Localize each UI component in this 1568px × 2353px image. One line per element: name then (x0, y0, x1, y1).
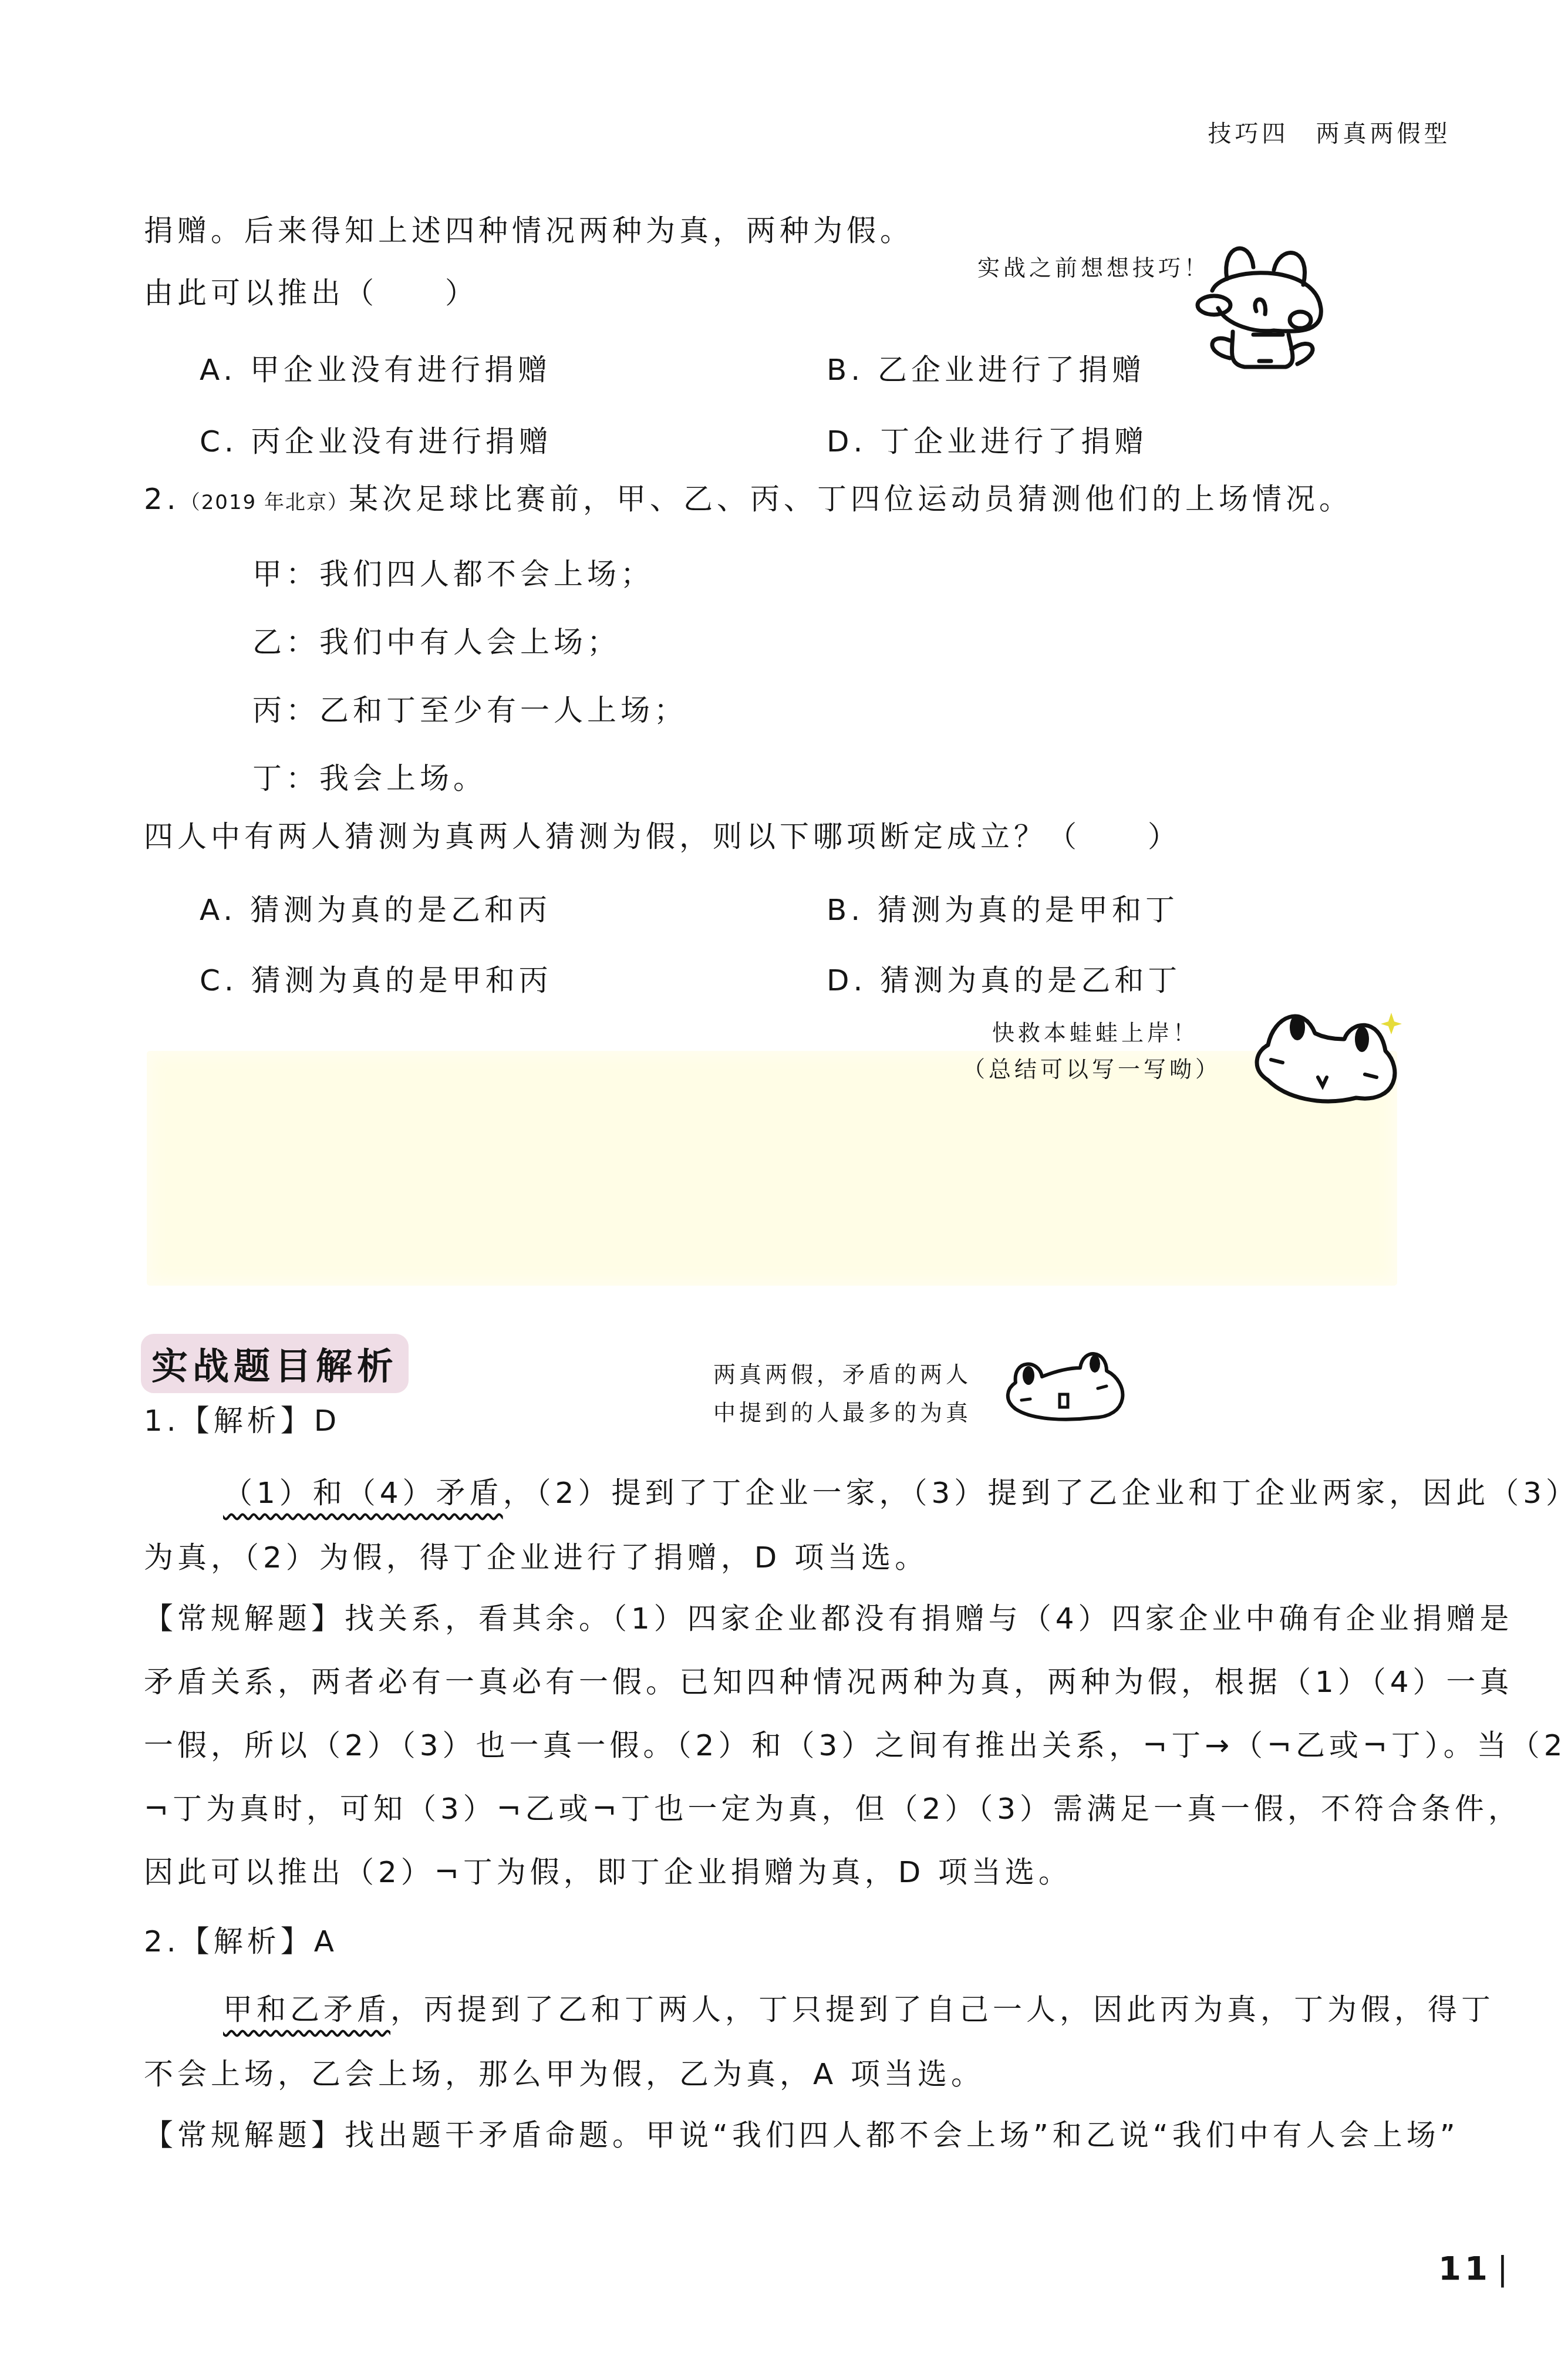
tip-line-1: 两真两假，矛盾的两人 (713, 1356, 972, 1388)
answer-2-para: 甲和乙矛盾，丙提到了乙和丁两人，丁只提到了自己一人，因此丙为真，丁为假，得丁 (223, 1995, 1495, 2024)
page-number-text: 11 (1438, 2250, 1491, 2288)
statement-text: 我会上场。 (319, 761, 487, 795)
regular-solution-1-line: 【常规解题】找关系，看其余。（1）四家企业都没有捐赠与（4）四家企业中确有企业捐… (144, 1604, 1513, 1633)
chapter-label: 技巧四 (1208, 120, 1289, 147)
answer-1-text: ，（2）提到了丁企业一家，（3）提到了乙企业和丁企业两家，因此（3） (503, 1476, 1568, 1510)
key-point-underline: （1）和（4）矛盾 (223, 1476, 503, 1510)
q2-stem-text: 某次足球比赛前，甲、乙、丙、丁四位运动员猜测他们的上场情况。 (349, 482, 1353, 516)
chapter-title: 两真两假型 (1316, 120, 1451, 147)
frog-face-icon (1004, 1347, 1133, 1424)
bunny-mascot-icon (1186, 232, 1338, 367)
section-title: 实战题目解析 (141, 1334, 409, 1393)
mascot-caption: 实战之前想想技巧！ (977, 250, 1210, 282)
summary-note-area[interactable] (147, 1051, 1397, 1286)
answer-1-para: （1）和（4）矛盾，（2）提到了丁企业一家，（3）提到了乙企业和丁企业两家，因此… (223, 1478, 1568, 1508)
regular-solution-1-line: ¬丁为真时，可知（3）¬乙或¬丁也一定为真，但（2）（3）需满足一真一假，不符合… (144, 1794, 1522, 1823)
tip-line-2: 中提到的人最多的为真 (713, 1394, 972, 1427)
frog-mascot-icon (1250, 1004, 1403, 1104)
speaker-label: 乙： (252, 625, 319, 659)
q2-option-d[interactable]: D. 猜测为真的是乙和丁 (827, 957, 1181, 999)
regular-solution-2-line: 【常规解题】找出题干矛盾命题。甲说“我们四人都不会上场”和乙说“我们中有人会上场… (144, 2121, 1459, 2150)
statement-bing: 丙：乙和丁至少有一人上场； (252, 687, 687, 729)
summary-caption-2: （总结可以写一写呦） (963, 1051, 1221, 1083)
answer-2-heading: 2.【解析】A (144, 1927, 338, 1956)
q2-source: （2019 年北京） (180, 491, 349, 514)
speaker-label: 丁： (252, 761, 319, 795)
regular-solution-1-line: 因此可以推出（2）¬丁为假，即丁企业捐赠为真，D 项当选。 (144, 1858, 1072, 1887)
statement-text: 乙和丁至少有一人上场； (319, 693, 687, 727)
q2-option-b[interactable]: B. 猜测为真的是甲和丁 (827, 886, 1179, 929)
answer-1-line2: 为真，（2）为假，得丁企业进行了捐赠，D 项当选。 (144, 1543, 928, 1572)
statement-yi: 乙：我们中有人会上场； (252, 619, 621, 661)
running-header: 技巧四 两真两假型 (1186, 88, 1451, 149)
statement-jia: 甲：我们四人都不会上场； (252, 551, 654, 593)
statement-text: 我们四人都不会上场； (319, 557, 654, 591)
answer-1-heading: 1.【解析】D (144, 1406, 340, 1435)
answer-2-text: ，丙提到了乙和丁两人，丁只提到了自己一人，因此丙为真，丁为假，得丁 (390, 1993, 1495, 2027)
key-point-underline: 甲和乙矛盾 (223, 1993, 390, 2027)
statement-text: 我们中有人会上场； (319, 625, 621, 659)
regular-solution-1-line: 矛盾关系，两者必有一真必有一假。已知四种情况两种为真，两种为假，根据（1）（4）… (144, 1667, 1513, 1697)
answer-2-line2: 不会上场，乙会上场，那么甲为假，乙为真，A 项当选。 (144, 2059, 984, 2089)
statement-ding: 丁：我会上场。 (252, 755, 487, 797)
q2-option-a[interactable]: A. 猜测为真的是乙和丙 (200, 886, 551, 929)
q2-question: 四人中有两人猜测为真两人猜测为假，则以下哪项断定成立？（ ） (144, 822, 1181, 851)
q1-line: 捐赠。后来得知上述四种情况两种为真，两种为假。 (144, 216, 913, 245)
q2-number: 2. (144, 482, 180, 516)
q1-option-c[interactable]: C. 丙企业没有进行捐赠 (200, 418, 552, 460)
speaker-label: 甲： (252, 557, 319, 591)
q1-prompt: 由此可以推出（ ） (144, 278, 478, 308)
q1-option-d[interactable]: D. 丁企业进行了捐赠 (827, 418, 1148, 460)
q2-option-c[interactable]: C. 猜测为真的是甲和丙 (200, 957, 552, 999)
q1-option-b[interactable]: B. 乙企业进行了捐赠 (827, 346, 1145, 389)
summary-caption-1: 快救本蛙蛙上岸！ (992, 1014, 1199, 1047)
q1-option-a[interactable]: A. 甲企业没有进行捐赠 (200, 346, 551, 389)
speaker-label: 丙： (252, 693, 319, 727)
page-number: 11| (1438, 2250, 1512, 2288)
regular-solution-1-line: 一假，所以（2）（3）也一真一假。（2）和（3）之间有推出关系，¬丁→（¬乙或¬… (144, 1731, 1568, 1760)
q2-stem: 2.（2019 年北京）某次足球比赛前，甲、乙、丙、丁四位运动员猜测他们的上场情… (144, 484, 1353, 514)
